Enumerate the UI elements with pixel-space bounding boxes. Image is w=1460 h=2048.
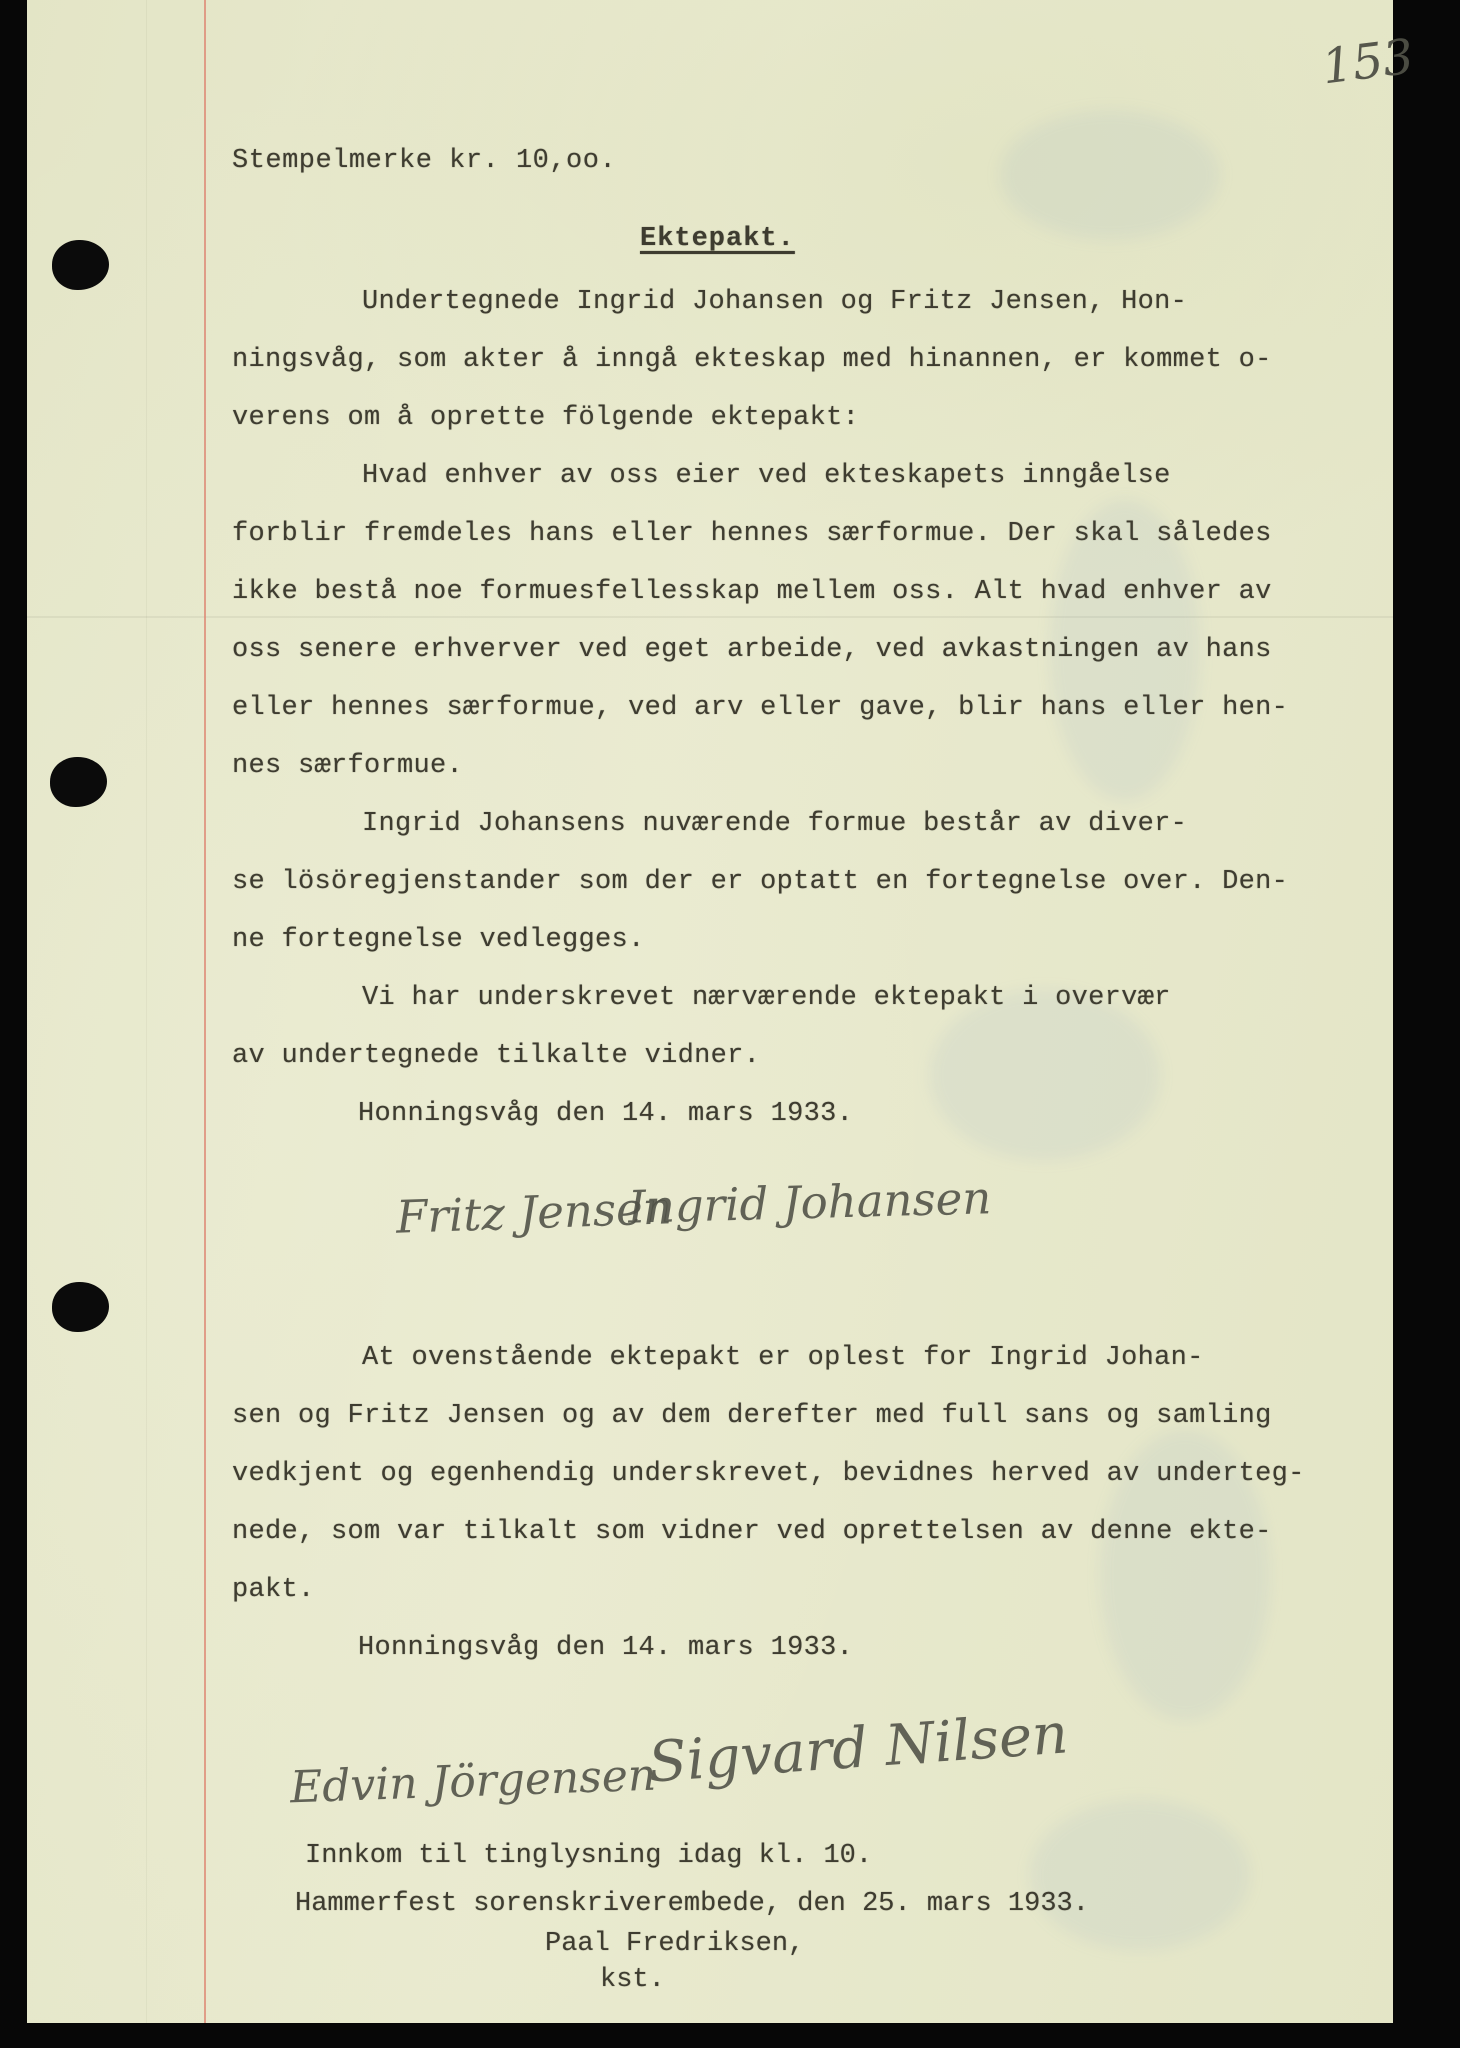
- typed-line: Ingrid Johansens nuværende formue består…: [232, 795, 1332, 853]
- paper-stain: [1030, 1800, 1250, 1950]
- typed-line: verens om å oprette fölgende ektepakt:: [232, 389, 1332, 447]
- typed-line: nede, som var tilkalt som vidner ved opr…: [232, 1503, 1332, 1561]
- typed-line: Vi har underskrevet nærværende ektepakt …: [232, 969, 1332, 1027]
- typed-line: vedkjent og egenhendig underskrevet, bev…: [232, 1445, 1332, 1503]
- typed-line: Undertegnede Ingrid Johansen og Fritz Je…: [232, 273, 1332, 331]
- scanned-document-page: 153 Stempelmerke kr. 10,oo. Ektepakt. Un…: [0, 0, 1460, 2048]
- margin-rule-line: [204, 0, 206, 2023]
- typed-dateline: Honningsvåg den 14. mars 1933.: [232, 1619, 1332, 1677]
- page-number: 153: [1319, 29, 1417, 96]
- typed-line: eller hennes særformue, ved arv eller ga…: [232, 679, 1332, 737]
- attestation-text-block: At ovenstående ektepakt er oplest for In…: [232, 1329, 1332, 1677]
- paper-stain: [1000, 110, 1220, 240]
- registration-line: Paal Fredriksen,: [545, 1928, 804, 1960]
- typed-line: forblir fremdeles hans eller hennes særf…: [232, 505, 1332, 563]
- registration-line: Innkom til tinglysning idag kl. 10.: [305, 1840, 872, 1872]
- registration-line: Hammerfest sorenskriverembede, den 25. m…: [295, 1888, 1089, 1920]
- document-title: Ektepakt.: [640, 224, 795, 254]
- typed-line: oss senere erhverver ved eget arbeide, v…: [232, 621, 1332, 679]
- typed-line: sen og Fritz Jensen og av dem derefter m…: [232, 1387, 1332, 1445]
- registration-line: kst.: [600, 1964, 665, 1996]
- typed-line: ne fortegnelse vedlegges.: [232, 911, 1332, 969]
- typed-line: ikke bestå noe formuesfellesskap mellem …: [232, 563, 1332, 621]
- stamp-duty-note: Stempelmerke kr. 10,oo.: [232, 146, 616, 176]
- typed-line: At ovenstående ektepakt er oplest for In…: [232, 1329, 1332, 1387]
- main-text-block: Undertegnede Ingrid Johansen og Fritz Je…: [232, 273, 1332, 1143]
- typed-line: se lösöregjenstander som der er optatt e…: [232, 853, 1332, 911]
- paper-crease: [146, 0, 147, 2023]
- typed-line: av undertegnede tilkalte vidner.: [232, 1027, 1332, 1085]
- signature-ingrid-johansen: Ingrid Johansen: [627, 1171, 991, 1233]
- typed-dateline: Honningsvåg den 14. mars 1933.: [232, 1085, 1332, 1143]
- typed-line: ningsvåg, som akter å inngå ekteskap med…: [232, 331, 1332, 389]
- typed-line: nes særformue.: [232, 737, 1332, 795]
- typed-line: Hvad enhver av oss eier ved ekteskapets …: [232, 447, 1332, 505]
- typed-line: pakt.: [232, 1561, 1332, 1619]
